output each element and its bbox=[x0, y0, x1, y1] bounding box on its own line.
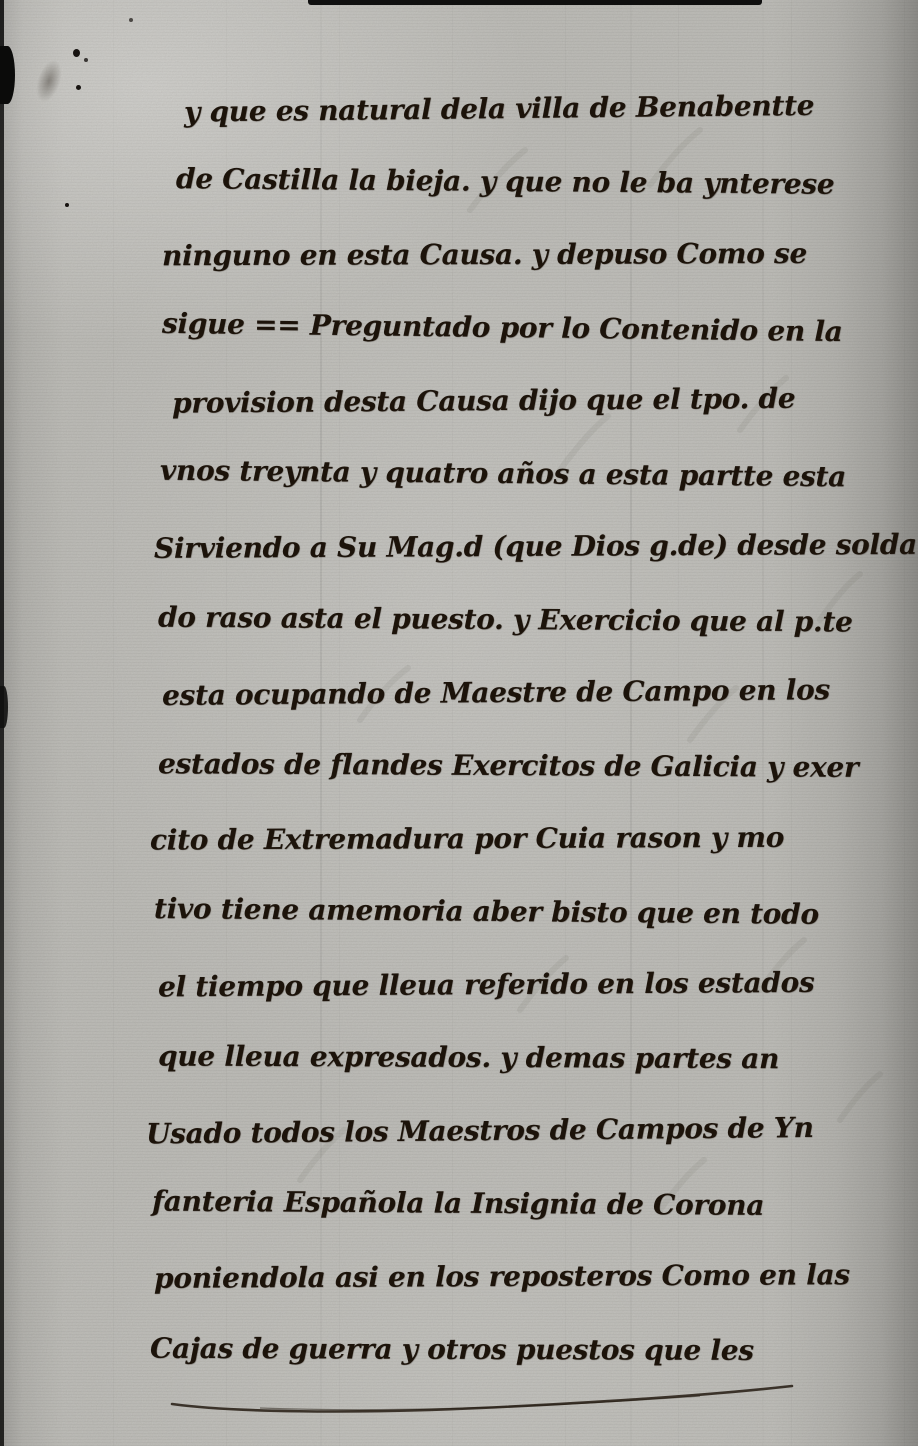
manuscript-line: el tiempo que lleua referido en los esta… bbox=[158, 946, 848, 1024]
ink-blot bbox=[0, 46, 15, 104]
manuscript-line: tivo tiene amemoria aber bisto que en to… bbox=[154, 872, 849, 951]
manuscript-line: Cajas de guerra y otros puestos que les bbox=[150, 1312, 848, 1387]
manuscript-line: cito de Extremadura por Cuia rason y mo bbox=[150, 800, 848, 876]
manuscript-line: provision desta Causa dijo que el tpo. d… bbox=[172, 361, 849, 439]
ink-speck bbox=[76, 85, 81, 90]
manuscript-page: y que es natural dela villa de Benabentt… bbox=[0, 0, 918, 1446]
manuscript-line: sigue == Preguntado por lo Contenido en … bbox=[162, 287, 849, 368]
ink-speck bbox=[73, 49, 80, 57]
manuscript-line: vnos treynta y quatro años a esta partte… bbox=[160, 434, 849, 514]
ink-speck bbox=[84, 58, 88, 62]
manuscript-line: Usado todos los Maestros de Campos de Yn bbox=[146, 1091, 849, 1171]
ink-speck bbox=[129, 18, 133, 22]
manuscript-line: de Castilla la bieja. y que no le ba ynt… bbox=[176, 142, 849, 221]
manuscript-line: ninguno en esta Causa. y depuso Como se bbox=[162, 217, 848, 292]
manuscript-line: do raso asta el puesto. y Exercicio que … bbox=[158, 581, 848, 659]
ink-blot bbox=[0, 686, 8, 728]
manuscript-line: poniendola asi en los reposteros Como en… bbox=[154, 1238, 848, 1315]
manuscript-line: que lleua expresados. y demas partes an bbox=[158, 1019, 848, 1095]
ink-speck bbox=[65, 203, 69, 207]
manuscript-text-block: y que es natural dela villa de Benabentt… bbox=[148, 72, 848, 1386]
manuscript-line: esta ocupando de Maestre de Campo en los bbox=[162, 653, 849, 732]
manuscript-line: y que es natural dela villa de Benabentt… bbox=[184, 69, 849, 149]
ink-smudge bbox=[26, 49, 72, 113]
manuscript-line: fanteria Española la Insignia de Corona bbox=[152, 1165, 848, 1243]
manuscript-line: estados de flandes Exercitos de Galicia … bbox=[158, 727, 848, 804]
manuscript-line: Sirviendo a Su Mag.d (que Dios g.de) des… bbox=[154, 508, 848, 585]
scan-edge-top bbox=[308, 0, 762, 5]
